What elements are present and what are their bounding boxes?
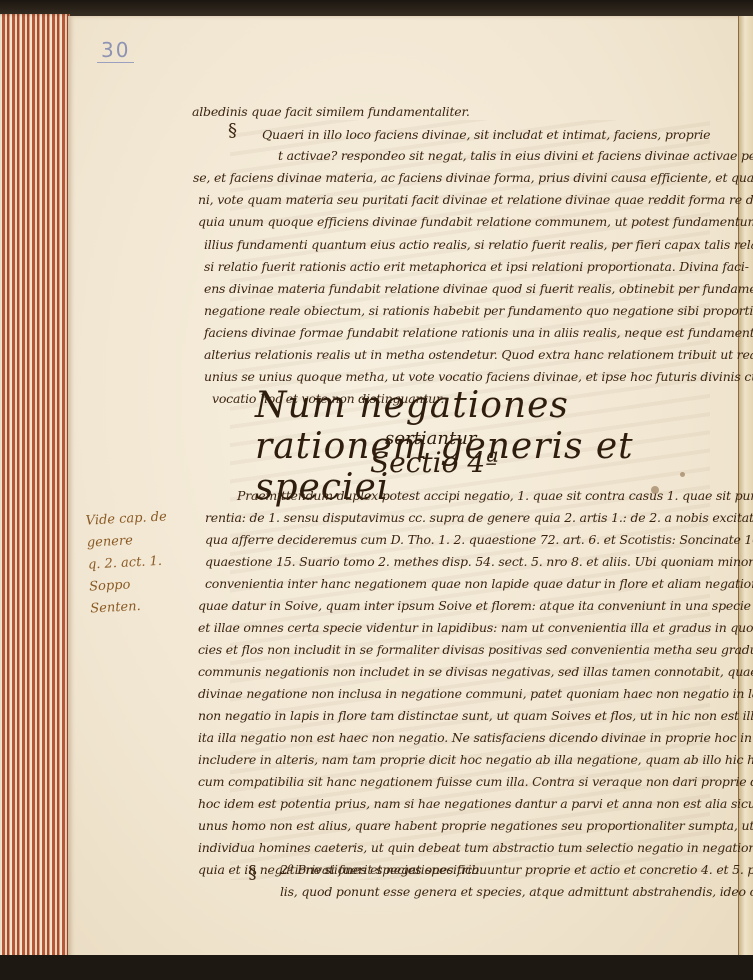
text-line: divinae negatione non inclusa in negatio…	[198, 686, 753, 701]
text-line: ens divinae materia fundabit relatione d…	[204, 281, 753, 296]
section-heading-number: Sectio 4ª	[370, 446, 499, 479]
text-line: cies et flos non includit in se formalit…	[198, 642, 753, 657]
margin-note: Vide cap. de genere q. 2. act. 1. Soppo …	[85, 505, 191, 620]
text-line: includere in alteris, nam tam proprie di…	[198, 752, 753, 767]
text-line: quae datur in Soive, quam inter ipsum So…	[198, 598, 753, 613]
text-line: ita illa negatio non est haec non negati…	[198, 730, 752, 745]
ink-blot	[680, 472, 685, 477]
text-line: individua homines caeteris, ut quin debe…	[198, 840, 753, 855]
text-line: 2º Privationes et negationes tribuuntur …	[280, 862, 753, 877]
text-line: quia unum quoque efficiens divinae funda…	[198, 214, 753, 229]
text-line: alterius relationis realis ut in metha o…	[204, 347, 753, 362]
section-mark-icon: §	[248, 862, 257, 883]
text-line: Praemittendum duplex potest accipi negat…	[237, 488, 753, 503]
margin-note-line: q. 2. act. 1. Soppo	[87, 549, 189, 598]
section-mark-icon: §	[228, 120, 237, 141]
text-line: qua afferre decideremus cum D. Tho. 1. 2…	[205, 532, 753, 547]
text-line: faciens divinae formae fundabit relation…	[204, 325, 753, 340]
text-line: hoc idem est potentia prius, nam si hae …	[198, 796, 753, 811]
text-line: ni, vote quam materia seu puritati facit…	[198, 192, 753, 207]
text-line: cum compatibilia sit hanc negationem fui…	[198, 774, 753, 789]
ink-blot	[651, 486, 659, 494]
text-line: quaestione 15. Suario tomo 2. methes dis…	[205, 554, 753, 569]
text-line: t activae? respondeo sit negat, talis in…	[278, 148, 753, 163]
text-line: unius se unius quoque metha, ut vote voc…	[204, 369, 753, 384]
text-line: convenientia inter hanc negationem quae …	[205, 576, 753, 591]
margin-note-line: Vide cap. de genere	[85, 505, 187, 554]
text-line: si relatio fuerit rationis actio erit me…	[204, 259, 749, 274]
text-line: unus homo non est alius, quare habent pr…	[198, 818, 753, 833]
folio-number: 30	[97, 38, 134, 63]
text-line: albedinis quae facit similem fundamental…	[192, 104, 470, 119]
text-line: illius fundamenti quantum eius actio rea…	[204, 237, 753, 252]
text-line: et illae omnes certa specie videntur in …	[198, 620, 753, 635]
text-line: se, et faciens divinae materia, ac facie…	[193, 170, 753, 185]
text-line: communis negationis non includet in se d…	[198, 664, 753, 679]
text-line: Quaeri in illo loco faciens divinae, sit…	[262, 127, 710, 142]
text-line: negatione reale obiectum, si rationis ha…	[204, 303, 753, 318]
text-line: non negatio in lapis in flore tam distin…	[198, 708, 753, 723]
book-bottom-shadow	[0, 955, 753, 980]
text-line: rentia: de 1. sensu disputavimus cc. sup…	[205, 510, 753, 525]
text-line: lis, quod ponunt esse genera et species,…	[280, 884, 753, 899]
page-edges-stack	[0, 14, 70, 964]
